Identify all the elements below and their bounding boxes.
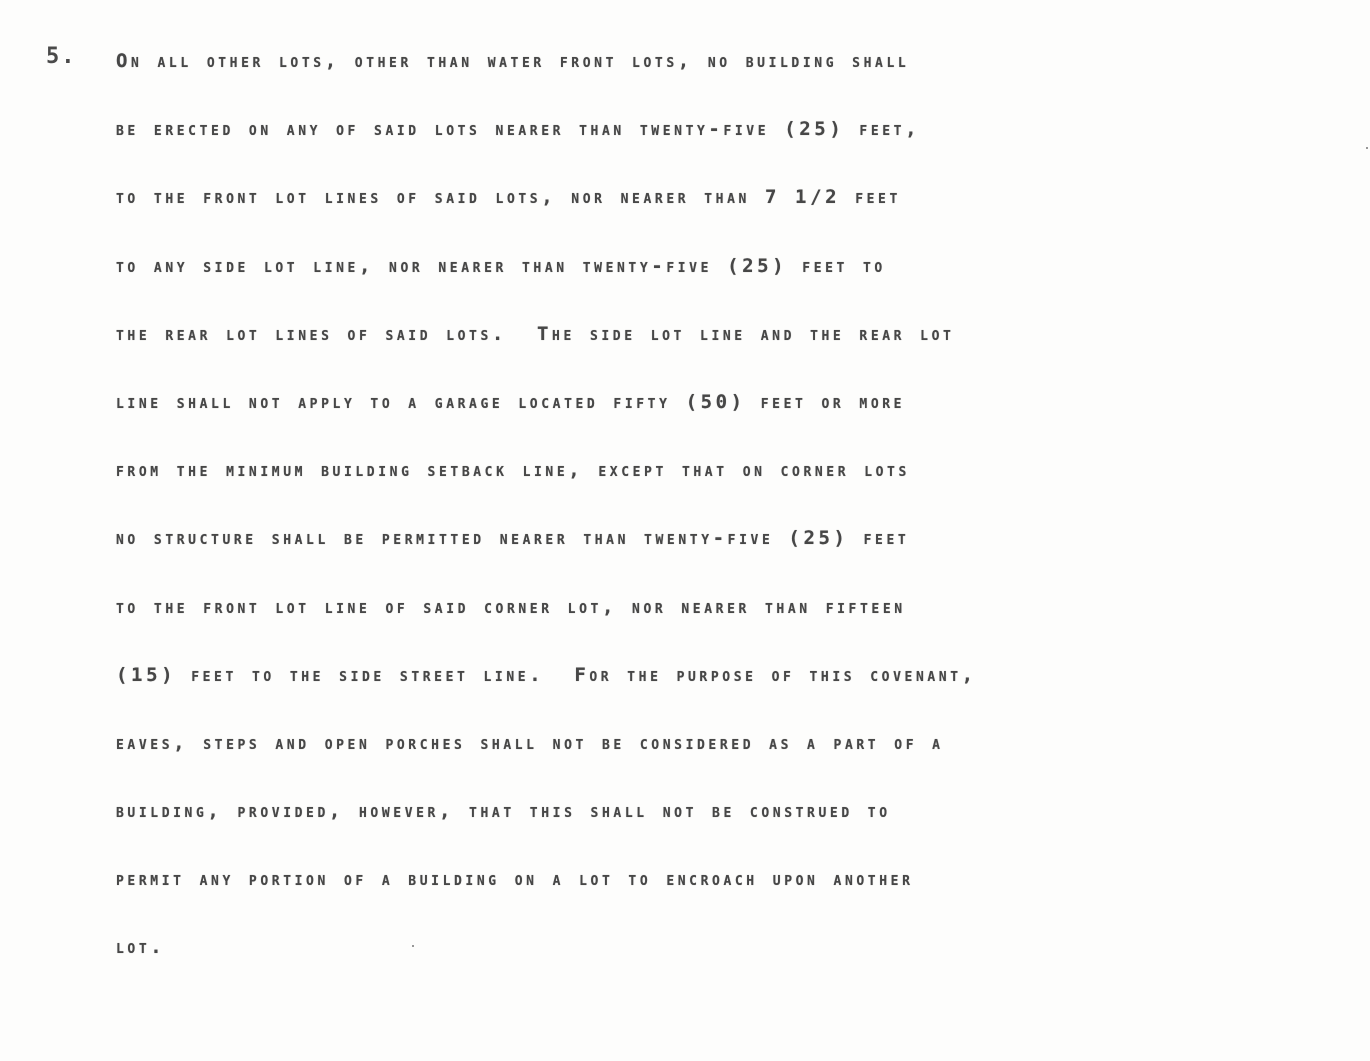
text-line: (15) feet to the side street line. For t… (116, 658, 977, 726)
document-page: 5. On all other lots, other than water f… (0, 0, 1370, 1061)
text-line: On all other lots, other than water fron… (116, 44, 977, 112)
text-line: lot. (116, 930, 977, 998)
text-line: no structure shall be permitted nearer t… (116, 521, 977, 589)
text-line: to the front lot line of said corner lot… (116, 590, 977, 658)
paper-speck (1366, 147, 1368, 149)
text-line: the rear lot lines of said lots. The sid… (116, 317, 977, 385)
paragraph-number: 5. (46, 44, 77, 69)
paper-speck (412, 945, 414, 947)
paragraph-body: On all other lots, other than water fron… (116, 44, 977, 999)
text-line: building, provided, however, that this s… (116, 794, 977, 862)
text-line: to any side lot line, nor nearer than tw… (116, 249, 977, 317)
text-line: be erected on any of said lots nearer th… (116, 112, 977, 180)
text-line: to the front lot lines of said lots, nor… (116, 180, 977, 248)
text-line: from the minimum building setback line, … (116, 453, 977, 521)
text-line: permit any portion of a building on a lo… (116, 862, 977, 930)
text-line: line shall not apply to a garage located… (116, 385, 977, 453)
text-line: eaves, steps and open porches shall not … (116, 726, 977, 794)
